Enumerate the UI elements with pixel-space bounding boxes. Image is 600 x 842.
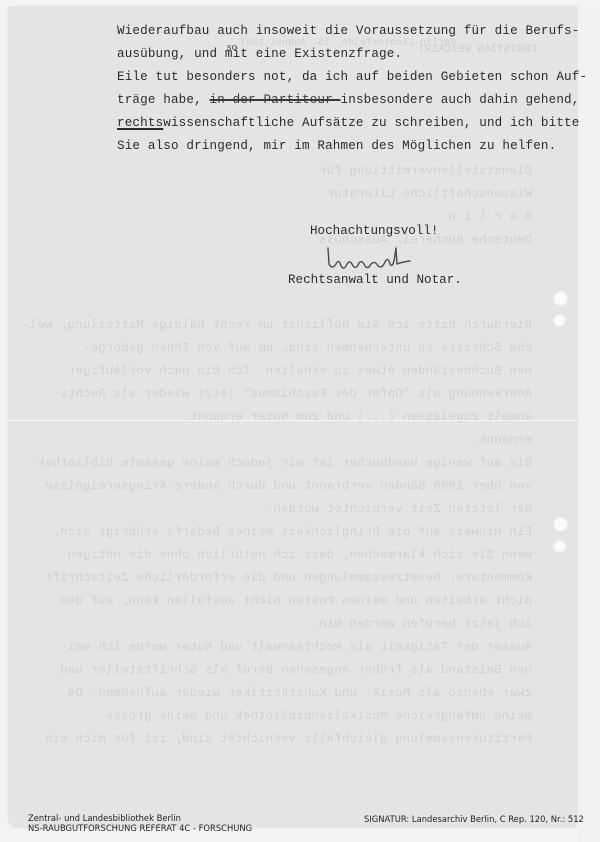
bleed-line: che Schritte zu unternehmen sind, um auf… <box>112 337 532 360</box>
bleed-line: Hierdurch bitte ich Sie höflichst um rec… <box>112 314 532 337</box>
handwritten-correction: somit <box>225 47 248 61</box>
text-segment: insbesondere auch dahin gehend, <box>341 93 580 107</box>
text-segment: wissenschaftliche Aufsätze zu schreiben,… <box>163 116 579 130</box>
signature-icon <box>322 244 412 274</box>
bleed-through-address: Dienststellenvermittlung für Wissenschaf… <box>112 160 532 252</box>
bleed-line: ich jetzt berufen worden bin. <box>112 613 532 636</box>
letter-line: Wiederaufbau auch insoweit die Vorausset… <box>117 20 587 43</box>
bleed-line: anwalt zugelassen (...) und zum Notar er… <box>112 406 532 429</box>
paper-fold <box>8 420 578 421</box>
bleed-line: meine umfangreiche Musikalienbibliothek … <box>112 705 532 728</box>
correction-mark: so <box>227 37 237 60</box>
bleed-line: wenn Sie sich klarmachen, dass ich natür… <box>112 544 532 567</box>
bleed-line: Anerkennung als "Opfer des Faschismus" j… <box>112 383 532 406</box>
bleed-line: nen Beistand als früher angesehen Beruf … <box>112 659 532 682</box>
letter-line: Sie also dringend, mir im Rahmen des Mög… <box>117 135 587 158</box>
letter-line: rechtswissenschaftliche Aufsätze zu schr… <box>117 112 587 135</box>
punch-hole <box>553 517 568 532</box>
underlined-text: rechts <box>117 116 163 130</box>
bleed-line: nen Buchbeständen etwas zu erhalten. Ich… <box>112 360 532 383</box>
bleed-line: nicht arbeiten und meinen Posten nicht a… <box>112 590 532 613</box>
bleed-line: Ein Hinweis auf die Dringlichkeit meines… <box>112 521 532 544</box>
punch-hole <box>553 540 566 553</box>
bleed-line: Bis auf wenige Handbücher ist mir jedoch… <box>112 452 532 475</box>
letter-line: ausübung, und somit eine Existenzfrage. <box>117 43 587 66</box>
bleed-line: Kommentare, Gesetzessammlungen und die e… <box>112 567 532 590</box>
bleed-line: Dienststellenvermittlung für <box>112 160 532 183</box>
closing-salutation: Hochachtungsvoll! <box>310 224 438 238</box>
signer-title: Rechtsanwalt und Notar. <box>288 273 462 287</box>
text-segment: eine Existenzfrage. <box>248 47 402 61</box>
bleed-line: Wissenschaftliche Literatur <box>112 183 532 206</box>
bleed-line: Ausser der Tätigkeit als Rechtsanwalt un… <box>112 636 532 659</box>
signature-reference: SIGNATUR: Landesarchiv Berlin, C Rep. 12… <box>364 814 584 824</box>
bleed-line: ernannt. <box>112 429 532 452</box>
bleed-line: von über 1000 Bänden verbrannt und durch… <box>112 475 532 498</box>
struck-text: in der Partitour- <box>210 93 341 107</box>
letter-line: träge habe, in der Partitour-insbesonder… <box>117 89 587 112</box>
bleed-line: Partiturensammlung gleichfalls vernichte… <box>112 728 532 751</box>
bleed-through-body: Hierdurch bitte ich Sie höflichst um rec… <box>112 314 532 751</box>
punch-hole <box>553 314 566 327</box>
archive-label: Zentral- und Landesbibliothek Berlin NS-… <box>28 814 252 833</box>
letter-body: Wiederaufbau auch insoweit die Vorausset… <box>117 20 587 158</box>
department-name: NS-RAUBGUTFORSCHUNG REFERAT 4C - FORSCHU… <box>28 824 252 834</box>
bleed-line: der letzten Zeit vernichtet worden. <box>112 498 532 521</box>
punch-hole <box>553 291 568 306</box>
text-segment: träge habe, <box>117 93 210 107</box>
text-segment: ausübung, und <box>117 47 225 61</box>
letter-line: Eile tut besonders not, da ich auf beide… <box>117 66 587 89</box>
bleed-line: zwar ebenso als Musik- und Kunstkritiker… <box>112 682 532 705</box>
